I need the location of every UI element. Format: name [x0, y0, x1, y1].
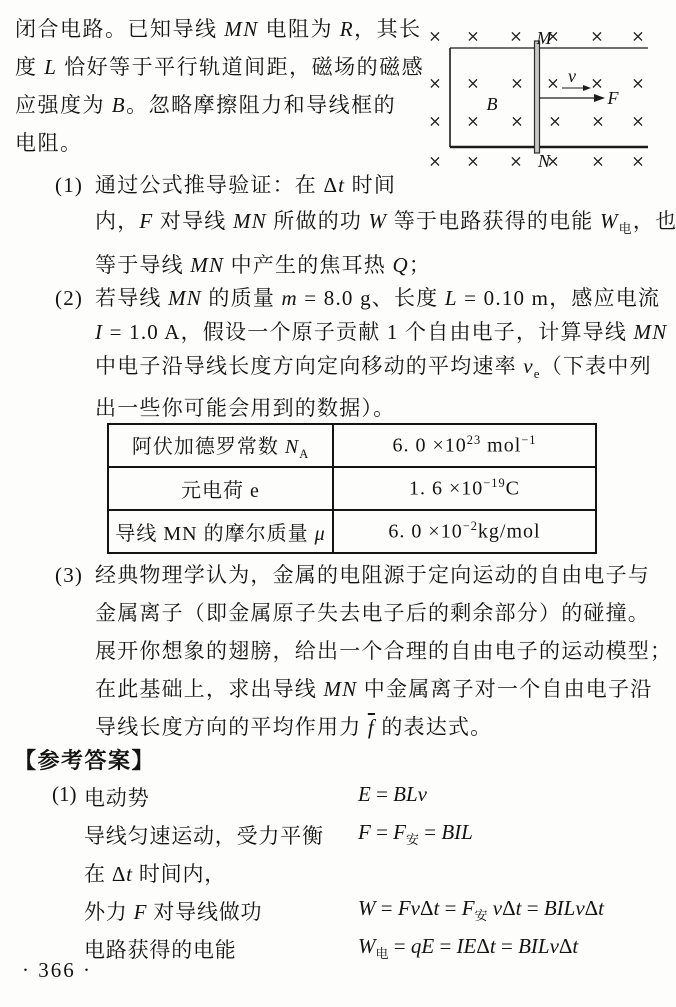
problem-item-3: (3) 经典物理学认为，金属的电阻源于定向运动的自由电子与 金属离子（即金属原子…	[55, 556, 672, 746]
text-line: 展开你想象的翅膀，给出一个合理的自由电子的运动模型；	[95, 632, 672, 670]
answer-step-label: 在 Δt 时间内，	[84, 858, 226, 888]
field-cross-icon: ×	[466, 112, 479, 131]
text-line: I = 1.0 A，假设一个原子贡献 1 个自由电子，计算导线 MN	[95, 315, 667, 349]
text-line: 通过公式推导验证：在 Δt 时间	[95, 167, 676, 203]
text-line: 经典物理学认为，金属的电阻源于定向运动的自由电子与	[95, 556, 672, 594]
answer-step-label: 电路获得的电能	[84, 934, 237, 964]
field-cross-icon: ×	[466, 27, 479, 46]
field-cross-icon: ×	[590, 27, 603, 46]
field-cross-icon: ×	[428, 112, 441, 131]
item-marker: (3)	[55, 556, 95, 746]
field-cross-icon: ×	[546, 74, 559, 93]
text-line: 内，F 对导线 MN 所做的功 W 等于电路获得的电能 W电，也	[95, 203, 676, 247]
item-body: 若导线 MN 的质量 m = 8.0 g、长度 L = 0.10 m，感应电流 …	[95, 281, 667, 425]
circuit-diagram: ×××××××××××××××××××××××× M N B v F	[420, 6, 670, 170]
field-cross-icon: ×	[428, 74, 441, 93]
field-cross-icon: ×	[591, 112, 604, 131]
label-M: M	[536, 28, 553, 48]
constant-value: 6. 0 ×1023 mol−1	[333, 424, 596, 467]
item-marker: (1)	[52, 782, 77, 807]
table-row: 导线 MN 的摩尔质量 μ 6. 0 ×10−2kg/mol	[108, 510, 596, 553]
answer-step-label: 外力 F 对导线做功	[84, 896, 262, 926]
constant-label: 阿伏加德罗常数 NA	[108, 424, 333, 467]
problem-intro: 闭合电路。已知导线 MN 电阻为 R，其长 度 L 恰好等于平行轨道间距，磁场的…	[15, 10, 424, 162]
intro-line: 度 L 恰好等于平行轨道间距，磁场的磁感	[15, 48, 424, 86]
problem-item-1: (1) 通过公式推导验证：在 Δt 时间 内，F 对导线 MN 所做的功 W 等…	[55, 167, 676, 283]
answer-row: 电路获得的电能 W电 = qE = IEΔt = BILvΔt	[0, 934, 676, 970]
answer-equation: E = BLv	[358, 782, 427, 807]
field-cross-icon: ×	[590, 74, 603, 93]
text-line: 出一些你可能会用到的数据）。	[95, 391, 667, 425]
intro-line: 闭合电路。已知导线 MN 电阻为 R，其长	[15, 10, 424, 48]
force-arrow	[539, 94, 605, 102]
field-cross-icon: ×	[548, 112, 561, 131]
item-body: 经典物理学认为，金属的电阻源于定向运动的自由电子与 金属离子（即金属原子失去电子…	[95, 556, 672, 746]
conductor-bar-MN	[535, 41, 540, 153]
field-cross-icon: ×	[631, 74, 644, 93]
field-cross-icon: ×	[510, 112, 523, 131]
constants-table: 阿伏加德罗常数 NA 6. 0 ×1023 mol−1 元电荷 e 1. 6 ×…	[107, 423, 597, 554]
label-F: F	[607, 88, 620, 108]
constant-value: 1. 6 ×10−19C	[333, 467, 596, 510]
text-line: 在此基础上，求出导线 MN 中金属离子对一个自由电子沿	[95, 670, 672, 708]
field-cross-icon: ×	[510, 74, 523, 93]
label-v: v	[568, 66, 576, 86]
answer-step-label: 导线匀速运动，受力平衡	[84, 820, 324, 850]
field-cross-icon: ×	[631, 112, 644, 131]
intro-line: 应强度为 B。忽略摩擦阻力和导线框的	[15, 86, 424, 124]
answer-equation: W电 = qE = IEΔt = BILvΔt	[358, 934, 578, 962]
field-cross-icon: ×	[631, 27, 644, 46]
intro-line: 电阻。	[15, 124, 424, 162]
table-row: 阿伏加德罗常数 NA 6. 0 ×1023 mol−1	[108, 424, 596, 467]
label-B: B	[487, 94, 498, 114]
answer-equation: F = F安 = BIL	[358, 820, 473, 848]
answer-row: 外力 F 对导线做功 W = FvΔt = F安 vΔt = BILvΔt	[0, 896, 676, 932]
answer-row: 导线匀速运动，受力平衡 F = F安 = BIL	[0, 820, 676, 856]
page-number: · 366 ·	[22, 958, 92, 983]
problem-item-2: (2) 若导线 MN 的质量 m = 8.0 g、长度 L = 0.10 m，感…	[55, 281, 667, 425]
answer-step-label: 电动势	[84, 782, 149, 812]
constant-value: 6. 0 ×10−2kg/mol	[333, 510, 596, 553]
constant-label: 导线 MN 的摩尔质量 μ	[108, 510, 333, 553]
item-marker: (2)	[55, 281, 95, 425]
text-line: 中电子沿导线长度方向定向移动的平均速率 ve（下表中列	[95, 349, 667, 391]
text-line: 等于导线 MN 中产生的焦耳热 Q；	[95, 247, 676, 283]
answer-row: (1) 电动势 E = BLv	[0, 782, 676, 818]
answer-equation: W = FvΔt = F安 vΔt = BILvΔt	[358, 896, 604, 924]
answer-section-heading: 【参考答案】	[14, 744, 155, 775]
field-cross-icon: ×	[428, 27, 441, 46]
table-row: 元电荷 e 1. 6 ×10−19C	[108, 467, 596, 510]
answer-row: 在 Δt 时间内，	[0, 858, 676, 894]
velocity-arrow	[562, 85, 591, 91]
text-line: 若导线 MN 的质量 m = 8.0 g、长度 L = 0.10 m，感应电流	[95, 281, 667, 315]
item-marker: (1)	[55, 167, 95, 283]
field-cross-icon: ×	[466, 74, 479, 93]
constant-label: 元电荷 e	[108, 467, 333, 510]
field-cross-icon: ×	[509, 27, 522, 46]
textbook-page: 闭合电路。已知导线 MN 电阻为 R，其长 度 L 恰好等于平行轨道间距，磁场的…	[0, 0, 676, 1007]
item-body: 通过公式推导验证：在 Δt 时间 内，F 对导线 MN 所做的功 W 等于电路获…	[95, 167, 676, 283]
text-line: 金属离子（即金属原子失去电子后的剩余部分）的碰撞。	[95, 594, 672, 632]
text-line: 导线长度方向的平均作用力 f 的表达式。	[95, 708, 672, 746]
